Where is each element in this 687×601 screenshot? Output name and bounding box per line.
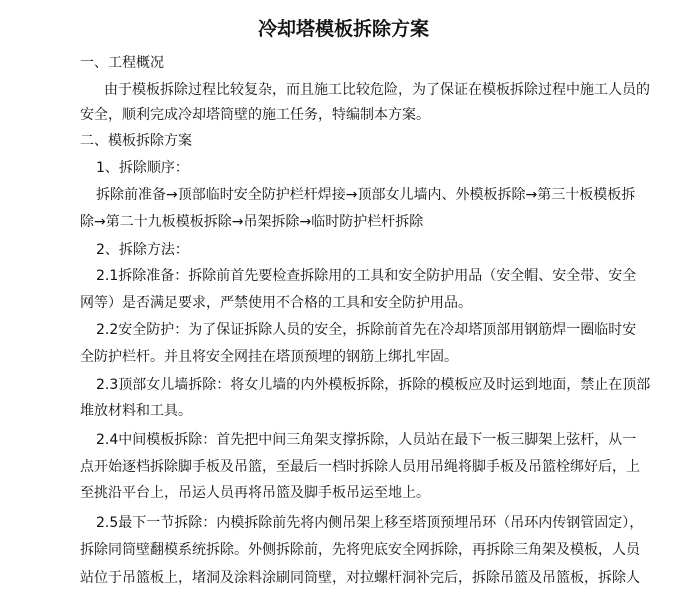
item-2-3-line: 堆放材料和工具。 xyxy=(80,402,192,420)
item-2-4-line: 点开始逐档拆除脚手板及吊篮，至最后一档时拆除人员用吊绳将脚手板及吊篮栓绑好后，上 xyxy=(80,458,640,476)
item-2-1-line: 2.1拆除准备：拆除前首先要检查拆除用的工具和安全防护用品（安全帽、安全带、安全 xyxy=(96,267,636,285)
section-heading-overview: 一、工程概况 xyxy=(80,54,164,72)
item-2-3-line: 2.3顶部女儿墙拆除：将女儿墙的内外模板拆除，拆除的模板应及时运到地面，禁止在顶… xyxy=(96,376,650,394)
sequence-line: 拆除前准备→顶部临时安全防护栏杆焊接→顶部女儿墙内、外模板拆除→第三十板模板拆 xyxy=(96,186,635,204)
item-2-5-line: 2.5最下一节拆除：内模拆除前先将内侧吊架上移至塔顶预埋吊环（吊环内传钢管固定）… xyxy=(96,514,643,532)
item-2-1-line: 网等）是否满足要求，严禁使用不合格的工具和安全防护用品。 xyxy=(80,294,472,312)
paragraph-line: 安全，顺利完成冷却塔筒壁的施工任务，特编制本方案。 xyxy=(80,106,430,124)
subsection-heading-method: 2、拆除方法： xyxy=(96,241,189,259)
item-2-2-line: 2.2安全防护：为了保证拆除人员的安全，拆除前首先在冷却塔顶部用钢筋焊一圈临时安 xyxy=(96,321,636,339)
item-2-2-line: 全防护栏杆。并且将安全网挂在塔顶预埋的钢筋上绑扎牢固。 xyxy=(80,348,458,366)
paragraph-line: 由于模板拆除过程比较复杂，而且施工比较危险，为了保证在模板拆除过程中施工人员的 xyxy=(104,81,650,99)
item-2-5-line: 拆除同筒壁翻模系统拆除。外侧拆除前，先将兜底安全网拆除，再拆除三角架及模板，人员 xyxy=(80,541,640,559)
item-2-5-line: 站位于吊篮板上，堵洞及涂料涂刷同筒壁，对拉螺杆洞补完后，拆除吊篮及吊篮板，拆除人 xyxy=(80,569,640,587)
sequence-line: 除→第二十九板模板拆除→吊架拆除→临时防护栏杆拆除 xyxy=(80,213,423,231)
item-2-4-line: 至挑沿平台上，吊运人员再将吊篮及脚手板吊运至地上。 xyxy=(80,484,430,502)
section-heading-plan: 二、模板拆除方案 xyxy=(80,132,192,150)
subsection-heading-sequence: 1、拆除顺序： xyxy=(96,159,189,177)
document-title: 冷却塔模板拆除方案 xyxy=(0,14,687,41)
item-2-4-line: 2.4中间模板拆除：首先把中间三角架支撑拆除，人员站在最下一板三脚架上弦杆，从一 xyxy=(96,431,636,449)
